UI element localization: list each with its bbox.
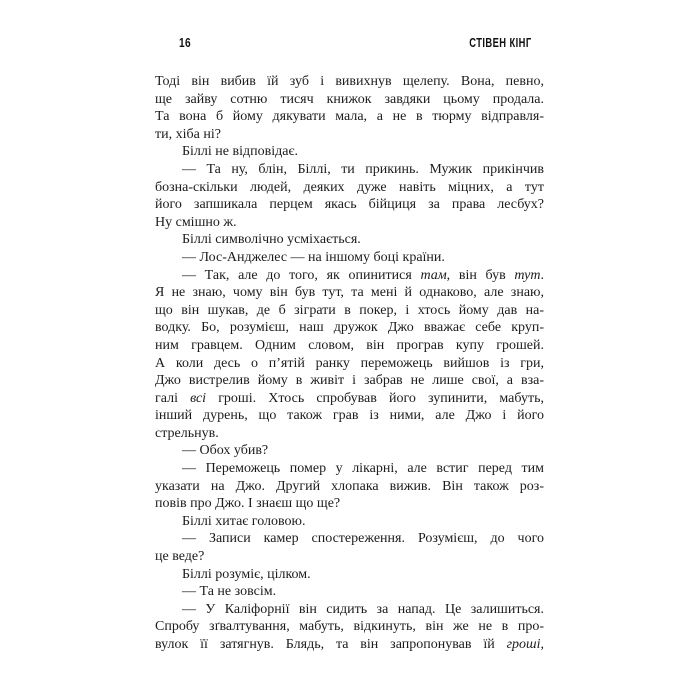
text-segment: — Так, але до того, як опинитися bbox=[182, 268, 420, 283]
text-segment: вулок її затягнув. Блядь, та він запропо… bbox=[155, 637, 507, 652]
text-segment: указати на Джо. Другий хлопака вижив. Ві… bbox=[155, 479, 544, 494]
text-segment: — Переможець помер у лікарні, але встиг … bbox=[182, 461, 544, 476]
text-segment: Я не знаю, чому він був тут, та мені й о… bbox=[155, 285, 544, 300]
body-text: Тоді він вибив їй зуб і вивихнув щелепу.… bbox=[155, 73, 544, 654]
paragraph: — Переможець помер у лікарні, але встиг … bbox=[155, 460, 544, 513]
text-segment: Ну смішно ж. bbox=[155, 215, 237, 230]
text-line: — У Каліфорнії він сидить за напад. Це з… bbox=[155, 601, 544, 619]
running-header: 16 СТІВЕН КІНГ bbox=[179, 35, 532, 49]
text-line: — Та не зовсім. bbox=[155, 583, 544, 601]
text-segment: — Лос-Анджелес — на іншому боці країни. bbox=[182, 250, 445, 265]
book-page: 16 СТІВЕН КІНГ Тоді він вибив їй зуб і в… bbox=[0, 0, 700, 700]
text-line: це веде? bbox=[155, 548, 544, 566]
text-line: Біллі символічно усміхається. bbox=[155, 231, 544, 249]
page-number: 16 bbox=[179, 35, 191, 50]
paragraph: Біллі не відповідає. bbox=[155, 143, 544, 161]
text-segment: ним гравцем. Одним словом, він програв к… bbox=[155, 338, 544, 353]
text-segment: Спробу зґвалтування, мабуть, відкинуть, … bbox=[155, 619, 544, 634]
text-segment: Біллі не відповідає. bbox=[182, 144, 298, 159]
text-line: Біллі хитає головою. bbox=[155, 513, 544, 531]
text-line: — Переможець помер у лікарні, але встиг … bbox=[155, 460, 544, 478]
text-line: водку. Бо, розумієш, наш дружок Джо вваж… bbox=[155, 319, 544, 337]
paragraph: — У Каліфорнії він сидить за напад. Це з… bbox=[155, 601, 544, 654]
text-line: Ну смішно ж. bbox=[155, 214, 544, 232]
text-segment: бозна-скільки людей, деяких дуже навіть … bbox=[155, 180, 544, 195]
text-segment: ще зайву сотню тисяч книжок завдяки цьом… bbox=[155, 92, 544, 107]
text-line: Біллі розуміє, цілком. bbox=[155, 566, 544, 584]
text-segment: А коли десь о п’ятій ранку переможець ви… bbox=[155, 356, 544, 371]
text-line: Спробу зґвалтування, мабуть, відкинуть, … bbox=[155, 618, 544, 636]
text-line: Тоді він вибив їй зуб і вивихнув щелепу.… bbox=[155, 73, 544, 91]
running-header-title: СТІВЕН КІНГ bbox=[470, 35, 532, 50]
paragraph: — Обох убив? bbox=[155, 442, 544, 460]
text-segment: — Обох убив? bbox=[182, 443, 268, 458]
text-segment: його запшикала перцем якась бійциця за п… bbox=[155, 197, 544, 212]
paragraph: — Та не зовсім. bbox=[155, 583, 544, 601]
paragraph: — Записи камер спостереження. Розумієш, … bbox=[155, 530, 544, 565]
paragraph: Біллі хитає головою. bbox=[155, 513, 544, 531]
text-segment: галі bbox=[155, 391, 190, 406]
text-line: — Лос-Анджелес — на іншому боці країни. bbox=[155, 249, 544, 267]
text-line: — Обох убив? bbox=[155, 442, 544, 460]
text-segment: , bbox=[541, 637, 545, 652]
text-segment: Біллі розуміє, цілком. bbox=[182, 567, 311, 582]
text-segment: стрельнув. bbox=[155, 426, 219, 441]
text-line: — Так, але до того, як опинитися там, ві… bbox=[155, 267, 544, 285]
text-segment: Біллі символічно усміхається. bbox=[182, 232, 361, 247]
text-segment: Біллі хитає головою. bbox=[182, 514, 305, 529]
text-line: — Та ну, блін, Біллі, ти прикинь. Мужик … bbox=[155, 161, 544, 179]
text-segment: — Та не зовсім. bbox=[182, 584, 276, 599]
text-segment: ти, хіба ні? bbox=[155, 127, 221, 142]
text-segment: Та вона б йому дякувати мала, а не в тюр… bbox=[155, 109, 544, 124]
text-line: Джо вистрелив йому в живіт і забрав не л… bbox=[155, 372, 544, 390]
text-line: його запшикала перцем якась бійциця за п… bbox=[155, 196, 544, 214]
text-line: повів про Джо. І знаєш що ще? bbox=[155, 495, 544, 513]
paragraph: Тоді він вибив їй зуб і вивихнув щелепу.… bbox=[155, 73, 544, 143]
text-line: ще зайву сотню тисяч книжок завдяки цьом… bbox=[155, 91, 544, 109]
text-line: вулок її затягнув. Блядь, та він запропо… bbox=[155, 636, 544, 654]
text-line: бозна-скільки людей, деяких дуже навіть … bbox=[155, 179, 544, 197]
text-line: ти, хіба ні? bbox=[155, 126, 544, 144]
paragraph: Біллі розуміє, цілком. bbox=[155, 566, 544, 584]
text-segment: гроші. Хтось спробував його зупинити, ма… bbox=[206, 391, 544, 406]
text-segment: це веде? bbox=[155, 549, 204, 564]
text-segment: — У Каліфорнії він сидить за напад. Це з… bbox=[182, 602, 544, 617]
paragraph: — Лос-Анджелес — на іншому боці країни. bbox=[155, 249, 544, 267]
text-segment: інший дурень, що також грав із ними, але… bbox=[155, 408, 544, 423]
italic-word: тут bbox=[514, 268, 540, 283]
text-segment: Тоді він вибив їй зуб і вивихнув щелепу.… bbox=[155, 74, 544, 89]
italic-word: гроші bbox=[507, 637, 541, 652]
text-segment: . bbox=[540, 268, 544, 283]
text-segment: водку. Бо, розумієш, наш дружок Джо вваж… bbox=[155, 320, 544, 335]
text-line: галі всі гроші. Хтось спробував його зуп… bbox=[155, 390, 544, 408]
text-segment: повів про Джо. І знаєш що ще? bbox=[155, 496, 340, 511]
text-segment: Джо вистрелив йому в живіт і забрав не л… bbox=[155, 373, 544, 388]
text-line: А коли десь о п’ятій ранку переможець ви… bbox=[155, 355, 544, 373]
text-segment: — Та ну, блін, Біллі, ти прикинь. Мужик … bbox=[182, 162, 544, 177]
text-line: Біллі не відповідає. bbox=[155, 143, 544, 161]
text-segment: , він був bbox=[447, 268, 515, 283]
paragraph: Біллі символічно усміхається. bbox=[155, 231, 544, 249]
italic-word: всі bbox=[190, 391, 206, 406]
paragraph: — Та ну, блін, Біллі, ти прикинь. Мужик … bbox=[155, 161, 544, 231]
paragraph: — Так, але до того, як опинитися там, ві… bbox=[155, 267, 544, 443]
text-line: указати на Джо. Другий хлопака вижив. Ві… bbox=[155, 478, 544, 496]
text-line: — Записи камер спостереження. Розумієш, … bbox=[155, 530, 544, 548]
text-segment: — Записи камер спостереження. Розумієш, … bbox=[182, 531, 544, 546]
text-line: Я не знаю, чому він був тут, та мені й о… bbox=[155, 284, 544, 302]
text-line: ним гравцем. Одним словом, він програв к… bbox=[155, 337, 544, 355]
text-line: Та вона б йому дякувати мала, а не в тюр… bbox=[155, 108, 544, 126]
text-line: що він шукав, де б зіграти в покер, і хт… bbox=[155, 302, 544, 320]
text-line: стрельнув. bbox=[155, 425, 544, 443]
text-segment: що він шукав, де б зіграти в покер, і хт… bbox=[155, 303, 544, 318]
italic-word: там bbox=[420, 268, 446, 283]
text-line: інший дурень, що також грав із ними, але… bbox=[155, 407, 544, 425]
